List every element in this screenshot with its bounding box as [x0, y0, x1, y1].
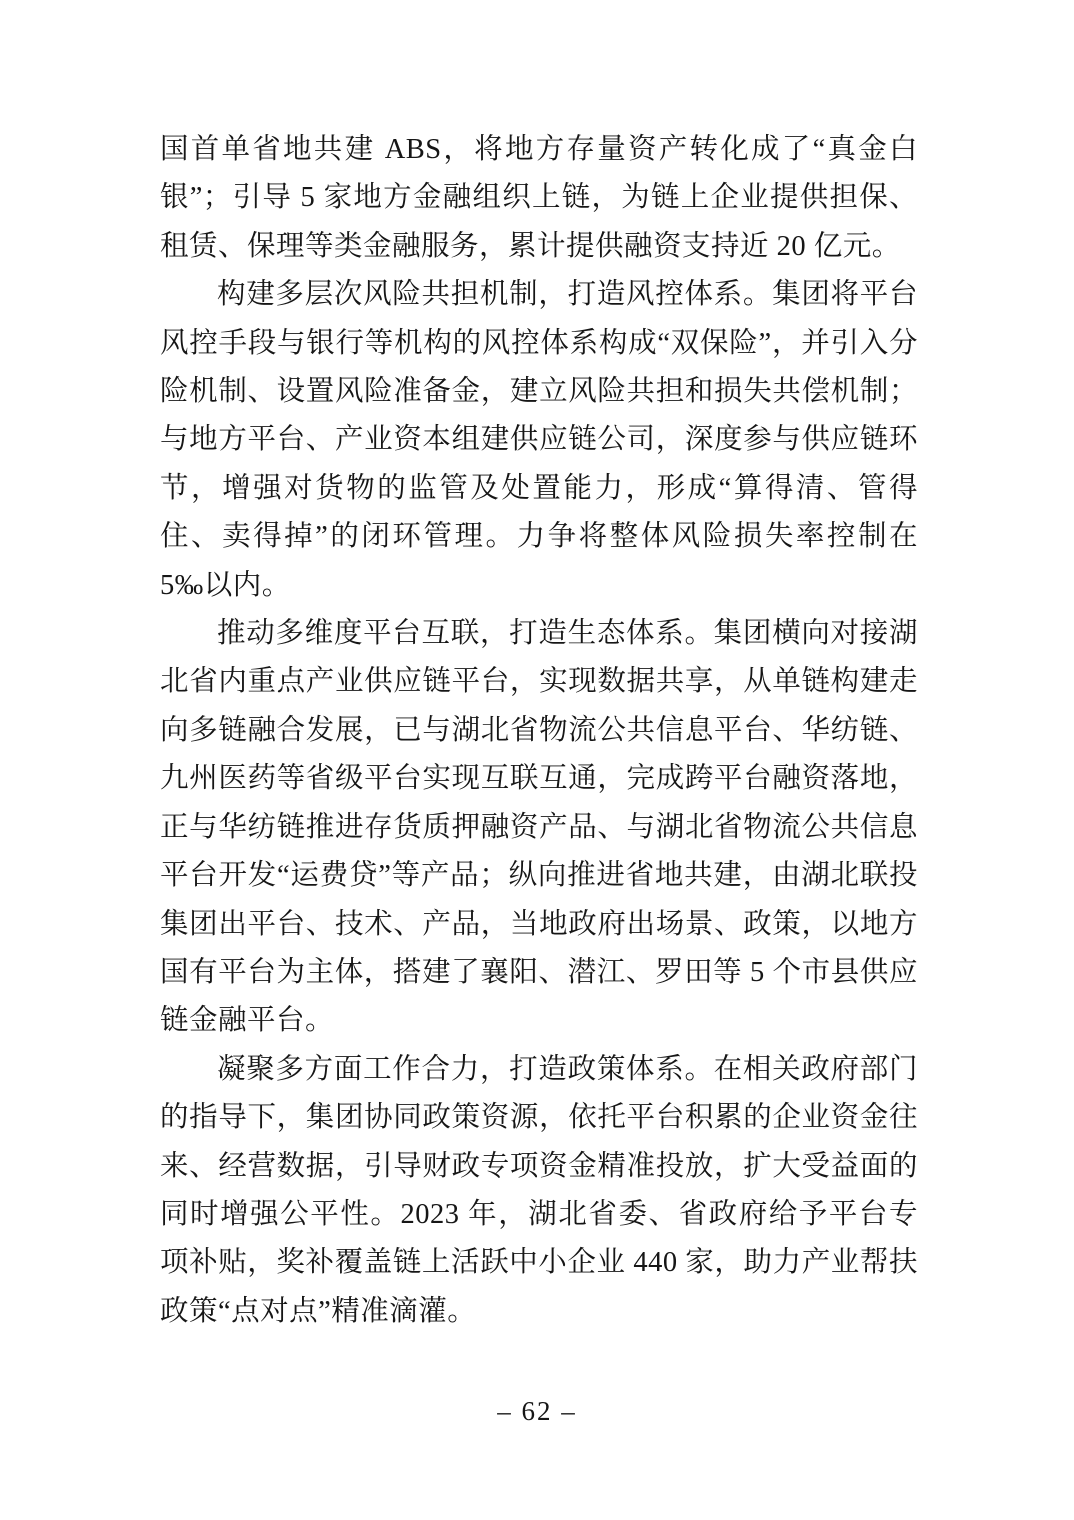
body-paragraph: 凝聚多方面工作合力，打造政策体系。在相关政府部门的指导下，集团协同政策资源，依托… [160, 1046, 918, 1336]
document-body: 国首单省地共建 ABS，将地方存量资产转化成了“真金白银”；引导 5 家地方金融… [160, 126, 918, 1336]
body-paragraph: 推动多维度平台互联，打造生态体系。集团横向对接湖北省内重点产业供应链平台，实现数… [160, 610, 918, 1046]
body-paragraph: 构建多层次风险共担机制，打造风控体系。集团将平台风控手段与银行等机构的风控体系构… [160, 271, 918, 610]
page-number: – 62 – [0, 1396, 1074, 1427]
body-paragraph: 国首单省地共建 ABS，将地方存量资产转化成了“真金白银”；引导 5 家地方金融… [160, 126, 918, 271]
document-page: 国首单省地共建 ABS，将地方存量资产转化成了“真金白银”；引导 5 家地方金融… [0, 0, 1074, 1520]
